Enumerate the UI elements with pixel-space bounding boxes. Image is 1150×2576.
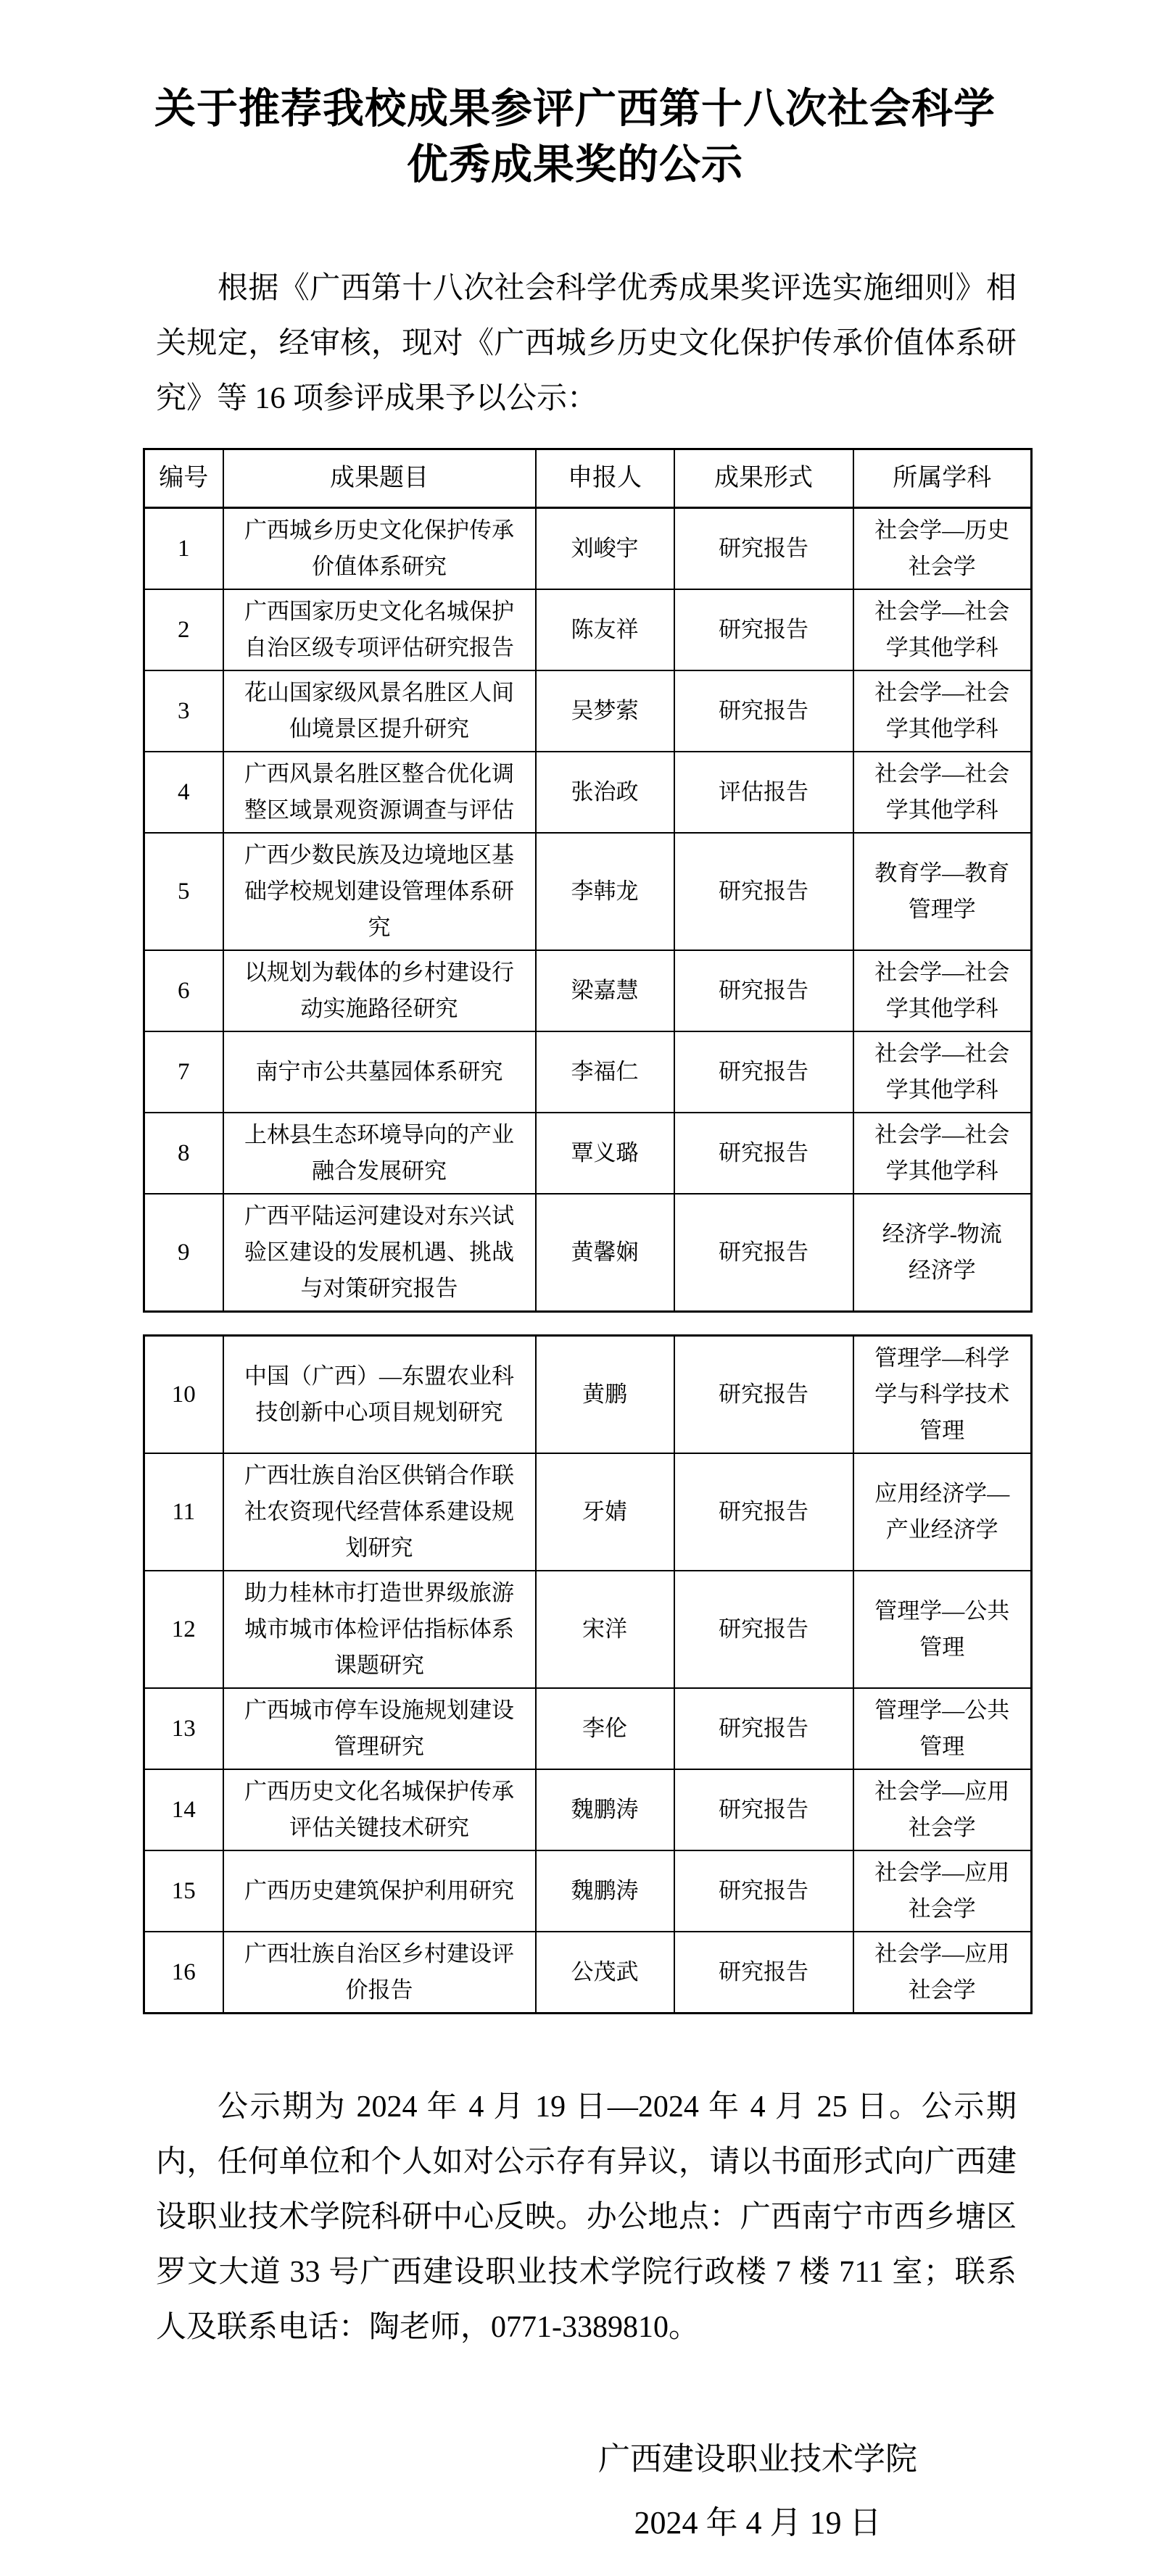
table-row: 8上林县生态环境导向的产业融合发展研究覃义璐研究报告社会学—社会学其他学科 bbox=[144, 1113, 1032, 1194]
intro-paragraph: 根据《广西第十八次社会科学优秀成果奖评选实施细则》相关规定，经审核，现对《广西城… bbox=[0, 261, 1150, 426]
cell-discipline: 管理学—科学学与科学技术管理 bbox=[853, 1336, 1032, 1454]
cell-title: 广西城市停车设施规划建设管理研究 bbox=[223, 1688, 536, 1769]
cell-discipline: 社会学—应用社会学 bbox=[853, 1769, 1032, 1850]
cell-applicant: 陈友祥 bbox=[536, 589, 674, 670]
cell-discipline: 社会学—应用社会学 bbox=[853, 1932, 1032, 2014]
cell-form: 研究报告 bbox=[674, 1571, 853, 1688]
cell-form: 评估报告 bbox=[674, 752, 853, 833]
cell-discipline: 社会学—历史社会学 bbox=[853, 508, 1032, 590]
cell-discipline: 教育学—教育管理学 bbox=[853, 833, 1032, 950]
cell-title: 广西风景名胜区整合优化调整区域景观资源调查与评估 bbox=[223, 752, 536, 833]
table-row: 10中国（广西）—东盟农业科技创新中心项目规划研究黄鹏研究报告管理学—科学学与科… bbox=[144, 1336, 1032, 1454]
cell-title: 广西少数民族及边境地区基础学校规划建设管理体系研究 bbox=[223, 833, 536, 950]
cell-discipline: 社会学—社会学其他学科 bbox=[853, 589, 1032, 670]
results-table-header-row: 编号成果题目申报人成果形式所属学科 bbox=[144, 449, 1032, 508]
page-title-line-1: 关于推荐我校成果参评广西第十八次社会科学 bbox=[0, 81, 1150, 137]
cell-applicant: 魏鹏涛 bbox=[536, 1850, 674, 1932]
table-row: 2广西国家历史文化名城保护自治区级专项评估研究报告陈友祥研究报告社会学—社会学其… bbox=[144, 589, 1032, 670]
col-header-applicant: 申报人 bbox=[536, 449, 674, 508]
signature-block: 广西建设职业技术学院 2024 年 4 月 19 日 bbox=[377, 2427, 1138, 2555]
cell-title: 助力桂林市打造世界级旅游城市城市体检评估指标体系课题研究 bbox=[223, 1571, 536, 1688]
col-header-no: 编号 bbox=[144, 449, 223, 508]
cell-no: 10 bbox=[144, 1336, 223, 1454]
table-row: 6以规划为载体的乡村建设行动实施路径研究梁嘉慧研究报告社会学—社会学其他学科 bbox=[144, 950, 1032, 1031]
signature-organization: 广西建设职业技术学院 bbox=[377, 2427, 1138, 2491]
cell-applicant: 李伦 bbox=[536, 1688, 674, 1769]
table-header-row: 编号成果题目申报人成果形式所属学科 bbox=[144, 449, 1032, 508]
cell-title: 广西城乡历史文化保护传承价值体系研究 bbox=[223, 508, 536, 590]
cell-form: 研究报告 bbox=[674, 508, 853, 590]
cell-applicant: 梁嘉慧 bbox=[536, 950, 674, 1031]
cell-applicant: 吴梦萦 bbox=[536, 670, 674, 752]
cell-title: 广西平陆运河建设对东兴试验区建设的发展机遇、挑战与对策研究报告 bbox=[223, 1194, 536, 1312]
cell-applicant: 李韩龙 bbox=[536, 833, 674, 950]
cell-discipline: 社会学—社会学其他学科 bbox=[853, 670, 1032, 752]
cell-title: 中国（广西）—东盟农业科技创新中心项目规划研究 bbox=[223, 1336, 536, 1454]
document-page: 关于推荐我校成果参评广西第十八次社会科学 优秀成果奖的公示 根据《广西第十八次社… bbox=[0, 0, 1150, 2576]
cell-no: 12 bbox=[144, 1571, 223, 1688]
cell-form: 研究报告 bbox=[674, 670, 853, 752]
results-table-part-1-body: 1广西城乡历史文化保护传承价值体系研究刘峻宇研究报告社会学—历史社会学2广西国家… bbox=[144, 508, 1032, 1312]
cell-title: 上林县生态环境导向的产业融合发展研究 bbox=[223, 1113, 536, 1194]
cell-applicant: 张治政 bbox=[536, 752, 674, 833]
cell-discipline: 社会学—社会学其他学科 bbox=[853, 752, 1032, 833]
cell-discipline: 应用经济学—产业经济学 bbox=[853, 1453, 1032, 1571]
cell-applicant: 公茂武 bbox=[536, 1932, 674, 2014]
cell-no: 5 bbox=[144, 833, 223, 950]
cell-applicant: 牙婧 bbox=[536, 1453, 674, 1571]
cell-discipline: 经济学-物流经济学 bbox=[853, 1194, 1032, 1312]
cell-no: 16 bbox=[144, 1932, 223, 2014]
cell-title: 花山国家级风景名胜区人间仙境景区提升研究 bbox=[223, 670, 536, 752]
cell-form: 研究报告 bbox=[674, 1850, 853, 1932]
table-row: 7南宁市公共墓园体系研究李福仁研究报告社会学—社会学其他学科 bbox=[144, 1031, 1032, 1113]
cell-applicant: 宋洋 bbox=[536, 1571, 674, 1688]
cell-no: 6 bbox=[144, 950, 223, 1031]
results-table-part-1: 编号成果题目申报人成果形式所属学科 1广西城乡历史文化保护传承价值体系研究刘峻宇… bbox=[143, 448, 1033, 1313]
cell-no: 1 bbox=[144, 508, 223, 590]
cell-applicant: 魏鹏涛 bbox=[536, 1769, 674, 1850]
table-row: 16广西壮族自治区乡村建设评价报告公茂武研究报告社会学—应用社会学 bbox=[144, 1932, 1032, 2014]
cell-form: 研究报告 bbox=[674, 1113, 853, 1194]
table-row: 15广西历史建筑保护利用研究魏鹏涛研究报告社会学—应用社会学 bbox=[144, 1850, 1032, 1932]
cell-form: 研究报告 bbox=[674, 950, 853, 1031]
cell-form: 研究报告 bbox=[674, 589, 853, 670]
cell-no: 7 bbox=[144, 1031, 223, 1113]
table-row: 13广西城市停车设施规划建设管理研究李伦研究报告管理学—公共管理 bbox=[144, 1688, 1032, 1769]
table-row: 9广西平陆运河建设对东兴试验区建设的发展机遇、挑战与对策研究报告黄馨娴研究报告经… bbox=[144, 1194, 1032, 1312]
cell-form: 研究报告 bbox=[674, 1688, 853, 1769]
cell-no: 13 bbox=[144, 1688, 223, 1769]
table-row: 1广西城乡历史文化保护传承价值体系研究刘峻宇研究报告社会学—历史社会学 bbox=[144, 508, 1032, 590]
cell-no: 11 bbox=[144, 1453, 223, 1571]
cell-form: 研究报告 bbox=[674, 1932, 853, 2014]
cell-discipline: 社会学—社会学其他学科 bbox=[853, 950, 1032, 1031]
cell-form: 研究报告 bbox=[674, 1194, 853, 1312]
cell-discipline: 社会学—应用社会学 bbox=[853, 1850, 1032, 1932]
signature-date: 2024 年 4 月 19 日 bbox=[377, 2491, 1138, 2555]
table-row: 3花山国家级风景名胜区人间仙境景区提升研究吴梦萦研究报告社会学—社会学其他学科 bbox=[144, 670, 1032, 752]
cell-applicant: 黄鹏 bbox=[536, 1336, 674, 1454]
cell-discipline: 社会学—社会学其他学科 bbox=[853, 1113, 1032, 1194]
results-table-part-2-body: 10中国（广西）—东盟农业科技创新中心项目规划研究黄鹏研究报告管理学—科学学与科… bbox=[144, 1336, 1032, 2014]
cell-no: 15 bbox=[144, 1850, 223, 1932]
cell-applicant: 刘峻宇 bbox=[536, 508, 674, 590]
table-row: 12助力桂林市打造世界级旅游城市城市体检评估指标体系课题研究宋洋研究报告管理学—… bbox=[144, 1571, 1032, 1688]
cell-no: 2 bbox=[144, 589, 223, 670]
cell-discipline: 管理学—公共管理 bbox=[853, 1571, 1032, 1688]
cell-title: 南宁市公共墓园体系研究 bbox=[223, 1031, 536, 1113]
cell-applicant: 覃义璐 bbox=[536, 1113, 674, 1194]
cell-form: 研究报告 bbox=[674, 833, 853, 950]
page-title-line-2: 优秀成果奖的公示 bbox=[0, 137, 1150, 193]
col-header-title: 成果题目 bbox=[223, 449, 536, 508]
cell-title: 广西历史建筑保护利用研究 bbox=[223, 1850, 536, 1932]
cell-discipline: 社会学—社会学其他学科 bbox=[853, 1031, 1032, 1113]
table-row: 11广西壮族自治区供销合作联社农资现代经营体系建设规划研究牙婧研究报告应用经济学… bbox=[144, 1453, 1032, 1571]
cell-no: 3 bbox=[144, 670, 223, 752]
cell-no: 4 bbox=[144, 752, 223, 833]
cell-discipline: 管理学—公共管理 bbox=[853, 1688, 1032, 1769]
table-row: 14广西历史文化名城保护传承评估关键技术研究魏鹏涛研究报告社会学—应用社会学 bbox=[144, 1769, 1032, 1850]
page-title: 关于推荐我校成果参评广西第十八次社会科学 优秀成果奖的公示 bbox=[0, 0, 1150, 193]
cell-form: 研究报告 bbox=[674, 1453, 853, 1571]
cell-applicant: 黄馨娴 bbox=[536, 1194, 674, 1312]
results-table-part-2: 10中国（广西）—东盟农业科技创新中心项目规划研究黄鹏研究报告管理学—科学学与科… bbox=[143, 1334, 1033, 2014]
closing-paragraph: 公示期为 2024 年 4 月 19 日—2024 年 4 月 25 日。公示期… bbox=[0, 2080, 1150, 2355]
cell-title: 广西历史文化名城保护传承评估关键技术研究 bbox=[223, 1769, 536, 1850]
cell-title: 广西国家历史文化名城保护自治区级专项评估研究报告 bbox=[223, 589, 536, 670]
cell-title: 广西壮族自治区乡村建设评价报告 bbox=[223, 1932, 536, 2014]
table-row: 4广西风景名胜区整合优化调整区域景观资源调查与评估张治政评估报告社会学—社会学其… bbox=[144, 752, 1032, 833]
cell-title: 广西壮族自治区供销合作联社农资现代经营体系建设规划研究 bbox=[223, 1453, 536, 1571]
cell-no: 9 bbox=[144, 1194, 223, 1312]
col-header-form: 成果形式 bbox=[674, 449, 853, 508]
cell-no: 8 bbox=[144, 1113, 223, 1194]
cell-applicant: 李福仁 bbox=[536, 1031, 674, 1113]
cell-form: 研究报告 bbox=[674, 1769, 853, 1850]
table-row: 5广西少数民族及边境地区基础学校规划建设管理体系研究李韩龙研究报告教育学—教育管… bbox=[144, 833, 1032, 950]
cell-form: 研究报告 bbox=[674, 1336, 853, 1454]
cell-title: 以规划为载体的乡村建设行动实施路径研究 bbox=[223, 950, 536, 1031]
col-header-discipline: 所属学科 bbox=[853, 449, 1032, 508]
cell-no: 14 bbox=[144, 1769, 223, 1850]
cell-form: 研究报告 bbox=[674, 1031, 853, 1113]
